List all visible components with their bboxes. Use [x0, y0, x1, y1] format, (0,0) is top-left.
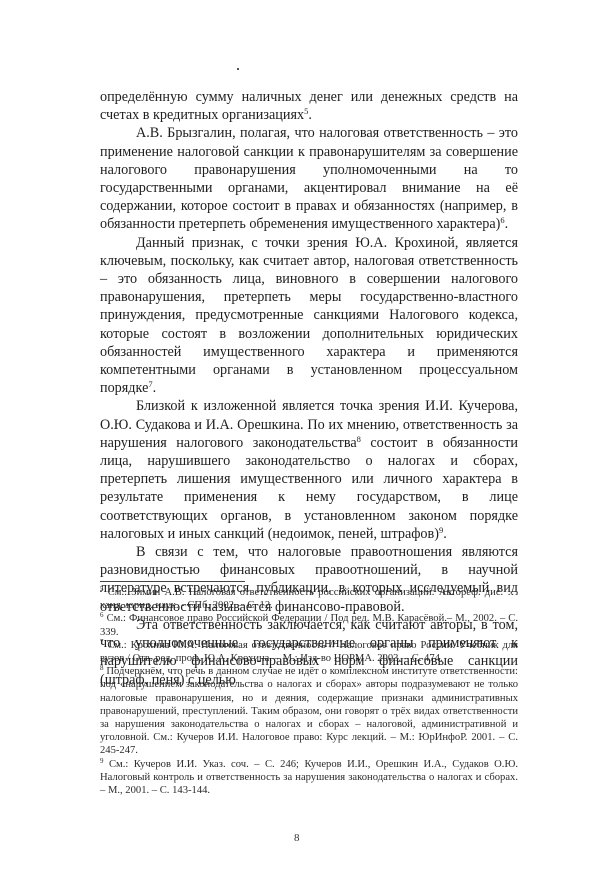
paragraph-1: определённую сумму наличных денег или де…	[100, 88, 518, 124]
paragraph-2: А.В. Брызгалин, полагая, что налоговая о…	[100, 124, 518, 233]
page-number: 8	[294, 832, 300, 844]
document-page: определённую сумму наличных денег или де…	[0, 0, 600, 893]
footnote-6: 6 См.: Финансовое право Российской Федер…	[100, 612, 518, 638]
footnote-separator	[100, 581, 245, 582]
footnote-5: 5 См.: Зимин А.В. Налоговая ответственно…	[100, 586, 518, 612]
footnote-9: 9 См.: Кучеров И.И. Указ. соч. – С. 246;…	[100, 758, 518, 798]
scan-speck	[237, 68, 239, 70]
footnotes: 5 См.: Зимин А.В. Налоговая ответственно…	[100, 586, 518, 797]
footnote-7: 7 См.: Крохина Ю.А. Налоговая ответствен…	[100, 639, 518, 665]
footnote-8: 8 Подчеркнём, что речь в данном случае н…	[100, 665, 518, 757]
paragraph-4: Близкой к изложенной является точка зрен…	[100, 397, 518, 543]
paragraph-3: Данный признак, с точки зрения Ю.А. Крох…	[100, 234, 518, 398]
